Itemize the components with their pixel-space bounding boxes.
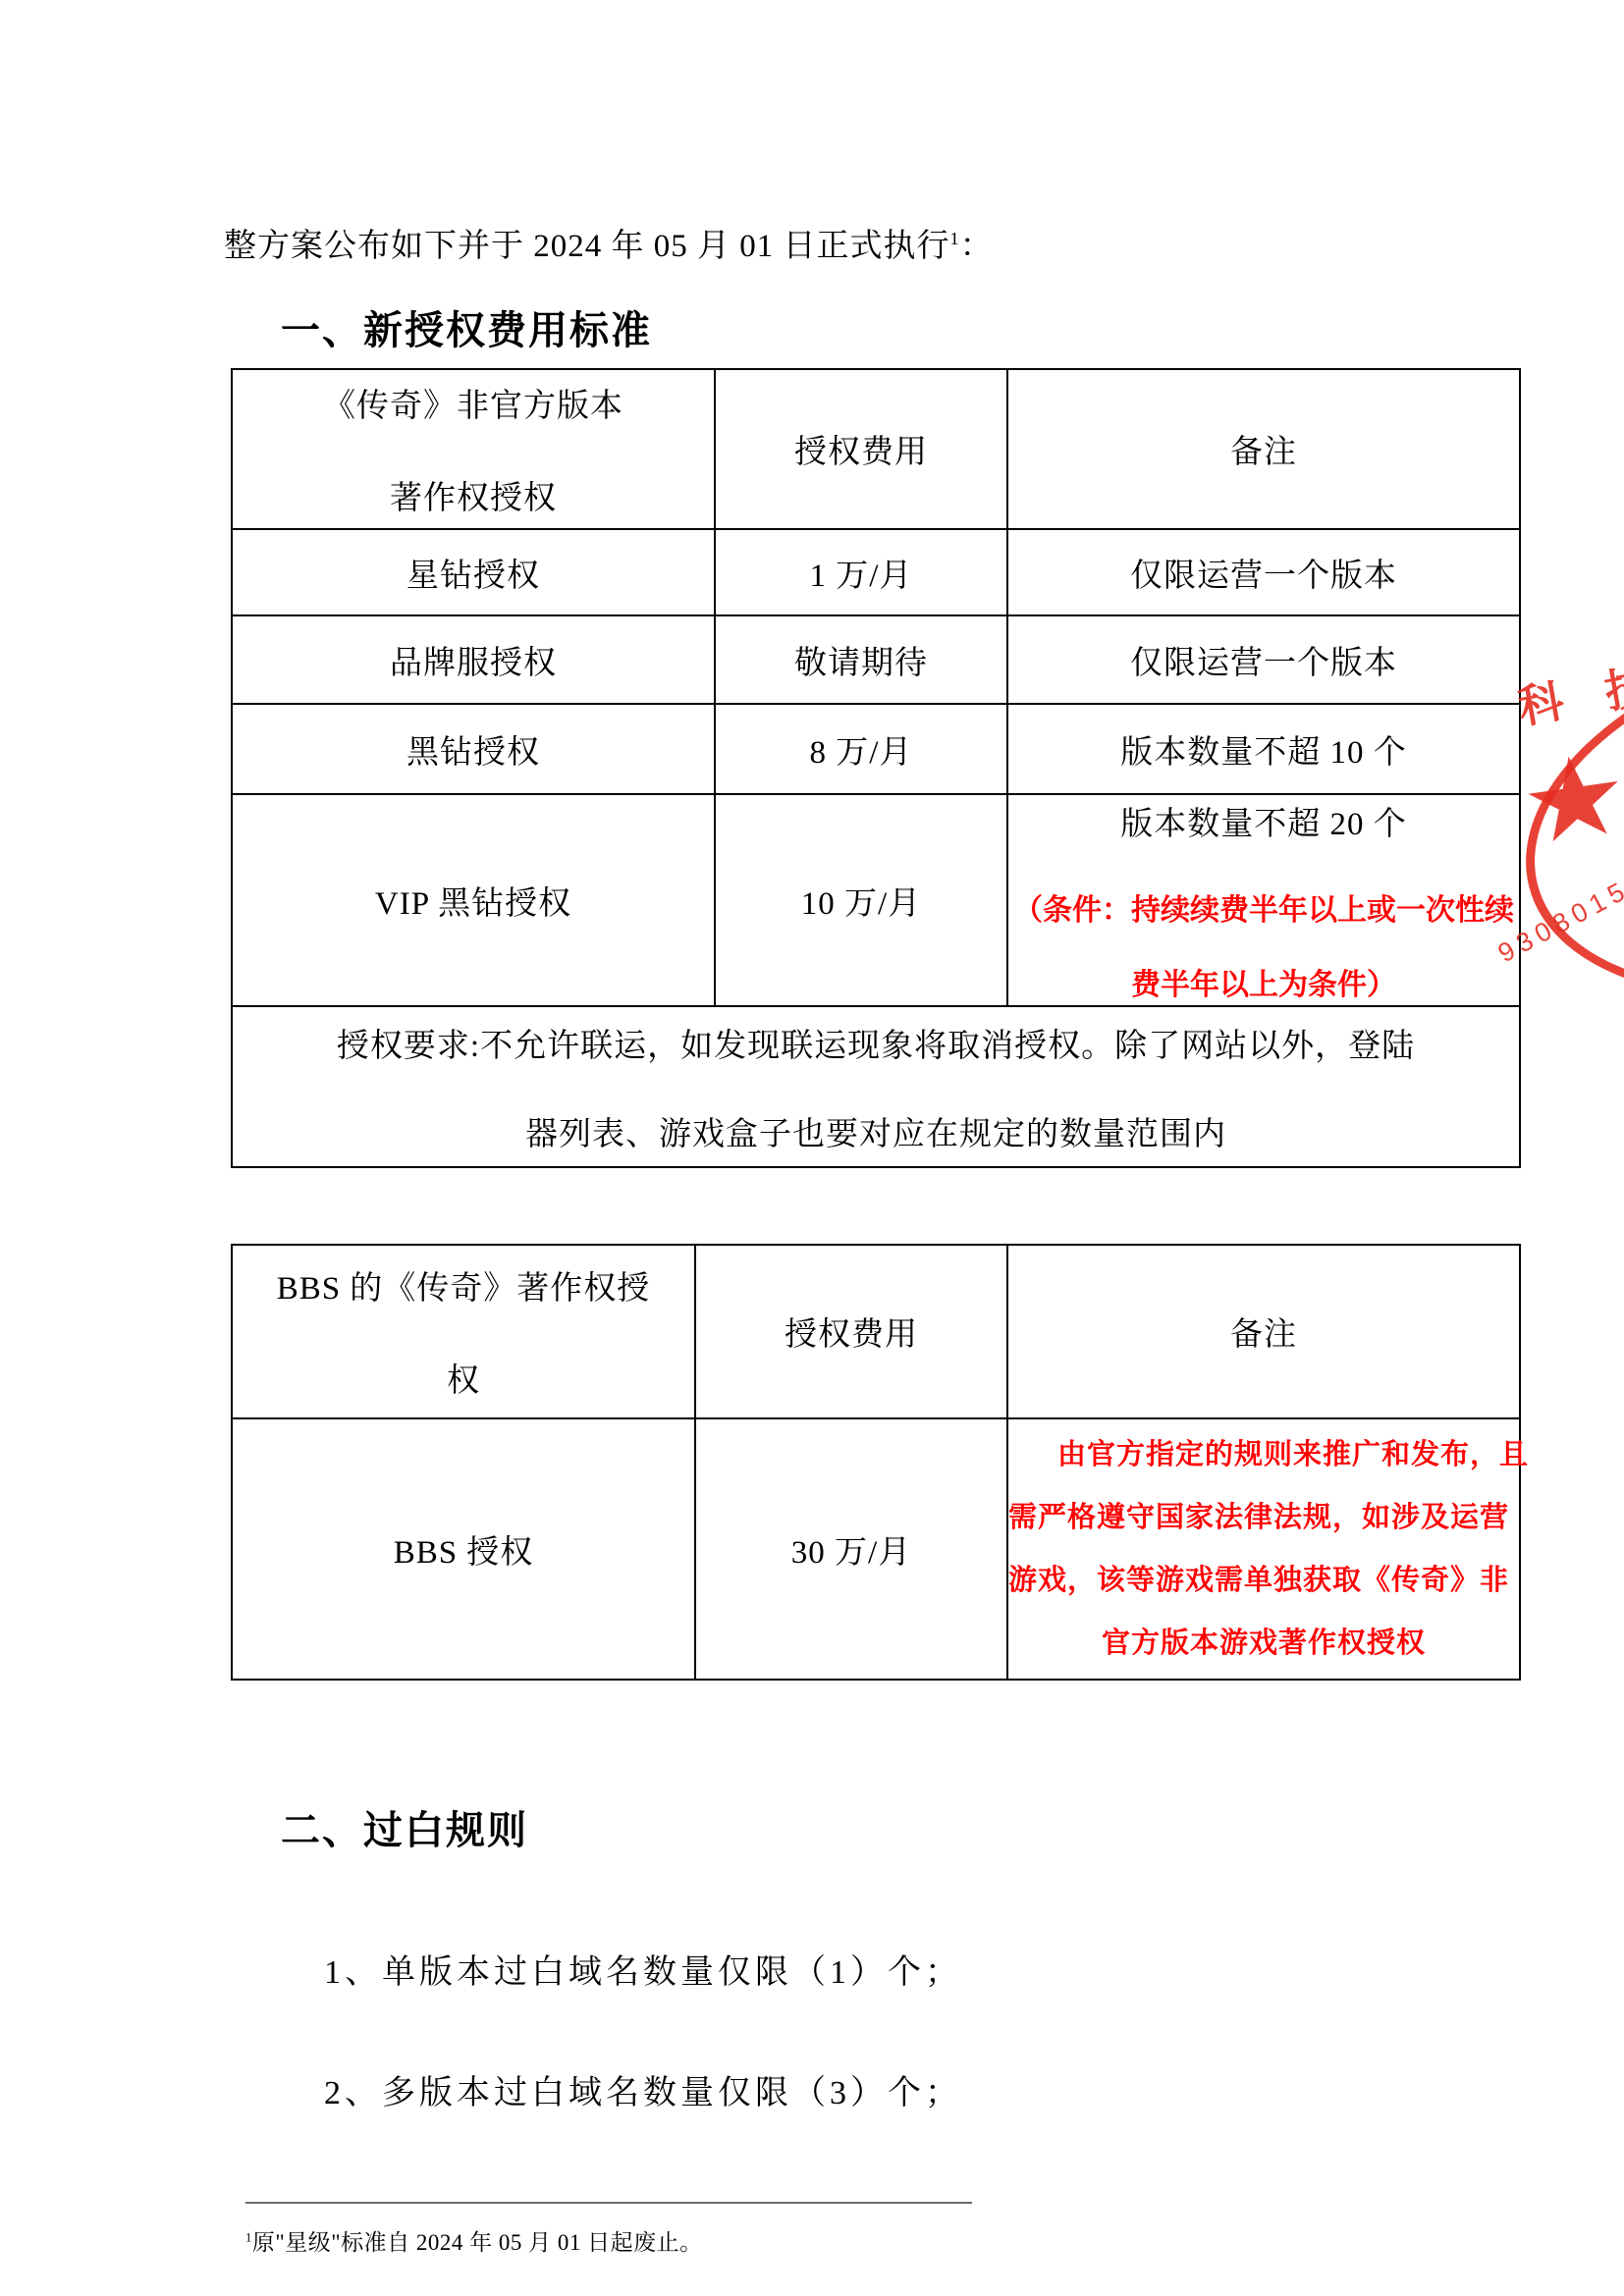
intro-text: 整方案公布如下并于 2024 年 05 月 01 日正式执行 xyxy=(224,229,950,264)
license-name: VIP 黑钻授权 xyxy=(232,794,715,1006)
license-note: 版本数量不超 20 个 （条件：持续续费半年以上或一次性续 费半年以上为条件） xyxy=(1007,794,1520,1006)
license-name: 品牌服授权 xyxy=(232,615,715,704)
bbs-note-line: 需严格遵守国家法律法规，如涉及运营 xyxy=(1008,1486,1519,1549)
note-condition-line1: （条件：持续续费半年以上或一次性续 xyxy=(1008,885,1519,929)
license-note: 仅限运营一个版本 xyxy=(1007,529,1520,615)
footnote-number: 1 xyxy=(245,2230,252,2244)
bbs-table: BBS 的《传奇》著作权授 权 授权费用 备注 BBS 授权 30 万/月 由官… xyxy=(231,1244,1521,1681)
header-license-type-line2: 著作权授权 xyxy=(233,472,714,518)
footnote-reference: 1 xyxy=(950,229,960,248)
table-row: VIP 黑钻授权 10 万/月 版本数量不超 20 个 （条件：持续续费半年以上… xyxy=(232,794,1520,1006)
license-note: 由官方指定的规则来推广和发布，且 需严格遵守国家法律法规，如涉及运营 游戏，该等… xyxy=(1007,1418,1520,1680)
section-one-heading: 一、新授权费用标准 xyxy=(281,299,652,355)
header-license-type-line1: BBS 的《传奇》著作权授 xyxy=(233,1262,694,1308)
license-fee: 敬请期待 xyxy=(715,615,1007,704)
license-note: 版本数量不超 10 个 xyxy=(1007,704,1520,794)
license-fee: 8 万/月 xyxy=(715,704,1007,794)
bbs-note-line: 游戏，该等游戏需单独获取《传奇》非 xyxy=(1008,1549,1519,1612)
license-name: 星钻授权 xyxy=(232,529,715,615)
header-note: 备注 xyxy=(1007,369,1520,529)
intro-paragraph: 整方案公布如下并于 2024 年 05 月 01 日正式执行1： xyxy=(224,220,994,266)
bbs-table-header-row: BBS 的《传奇》著作权授 权 授权费用 备注 xyxy=(232,1245,1520,1418)
section-two-heading: 二、过白规则 xyxy=(281,1799,528,1855)
header-license-type-line1: 《传奇》非官方版本 xyxy=(233,380,714,426)
company-stamp-text: 科 技 xyxy=(1512,647,1624,736)
license-fee: 30 万/月 xyxy=(695,1418,1007,1680)
license-fee: 10 万/月 xyxy=(715,794,1007,1006)
pricing-table: 《传奇》非官方版本 著作权授权 授权费用 备注 星钻授权 1 万/月 仅限运营一… xyxy=(231,368,1521,1168)
license-fee: 1 万/月 xyxy=(715,529,1007,615)
license-name: 黑钻授权 xyxy=(232,704,715,794)
note-condition-line2: 费半年以上为条件） xyxy=(1008,960,1519,1003)
header-note: 备注 xyxy=(1007,1245,1520,1418)
license-note: 仅限运营一个版本 xyxy=(1007,615,1520,704)
requirement-note: 授权要求:不允许联运，如发现联运现象将取消授权。除了网站以外，登陆 器列表、游戏… xyxy=(232,1006,1520,1167)
table-row: 黑钻授权 8 万/月 版本数量不超 10 个 xyxy=(232,704,1520,794)
pricing-table-header-row: 《传奇》非官方版本 著作权授权 授权费用 备注 xyxy=(232,369,1520,529)
rule-item-2: 2、多版本过白域名数量仅限（3）个； xyxy=(324,2065,962,2113)
table-row: 品牌服授权 敬请期待 仅限运营一个版本 xyxy=(232,615,1520,704)
header-license-type: BBS 的《传奇》著作权授 权 xyxy=(232,1245,695,1418)
bbs-note-line: 官方版本游戏著作权授权 xyxy=(1008,1612,1519,1675)
license-name: BBS 授权 xyxy=(232,1418,695,1680)
requirement-line1: 授权要求:不允许联运，如发现联运现象将取消授权。除了网站以外，登陆 xyxy=(233,1020,1519,1066)
header-license-type: 《传奇》非官方版本 著作权授权 xyxy=(232,369,715,529)
requirement-row: 授权要求:不允许联运，如发现联运现象将取消授权。除了网站以外，登陆 器列表、游戏… xyxy=(232,1006,1520,1167)
header-fee: 授权费用 xyxy=(695,1245,1007,1418)
table-row: BBS 授权 30 万/月 由官方指定的规则来推广和发布，且 需严格遵守国家法律… xyxy=(232,1418,1520,1680)
bbs-note-line: 由官方指定的规则来推广和发布，且 xyxy=(1008,1423,1519,1486)
footnote-separator xyxy=(245,2202,972,2204)
rule-item-1: 1、单版本过白域名数量仅限（1）个； xyxy=(324,1945,962,1993)
table-row: 星钻授权 1 万/月 仅限运营一个版本 xyxy=(232,529,1520,615)
note-main: 版本数量不超 20 个 xyxy=(1008,798,1519,844)
footnote: 1原"星级"标准自 2024 年 05 月 01 日起废止。 xyxy=(245,2224,703,2257)
intro-colon: ： xyxy=(960,229,994,264)
bbs-note-text: 由官方指定的规则来推广和发布，且 需严格遵守国家法律法规，如涉及运营 游戏，该等… xyxy=(1008,1423,1519,1675)
requirement-line2: 器列表、游戏盒子也要对应在规定的数量范围内 xyxy=(233,1108,1519,1154)
footnote-text: 原"星级"标准自 2024 年 05 月 01 日起废止。 xyxy=(252,2230,703,2255)
document-page: 整方案公布如下并于 2024 年 05 月 01 日正式执行1： 一、新授权费用… xyxy=(0,0,1624,2296)
header-license-type-line2: 权 xyxy=(233,1355,694,1401)
header-fee: 授权费用 xyxy=(715,369,1007,529)
